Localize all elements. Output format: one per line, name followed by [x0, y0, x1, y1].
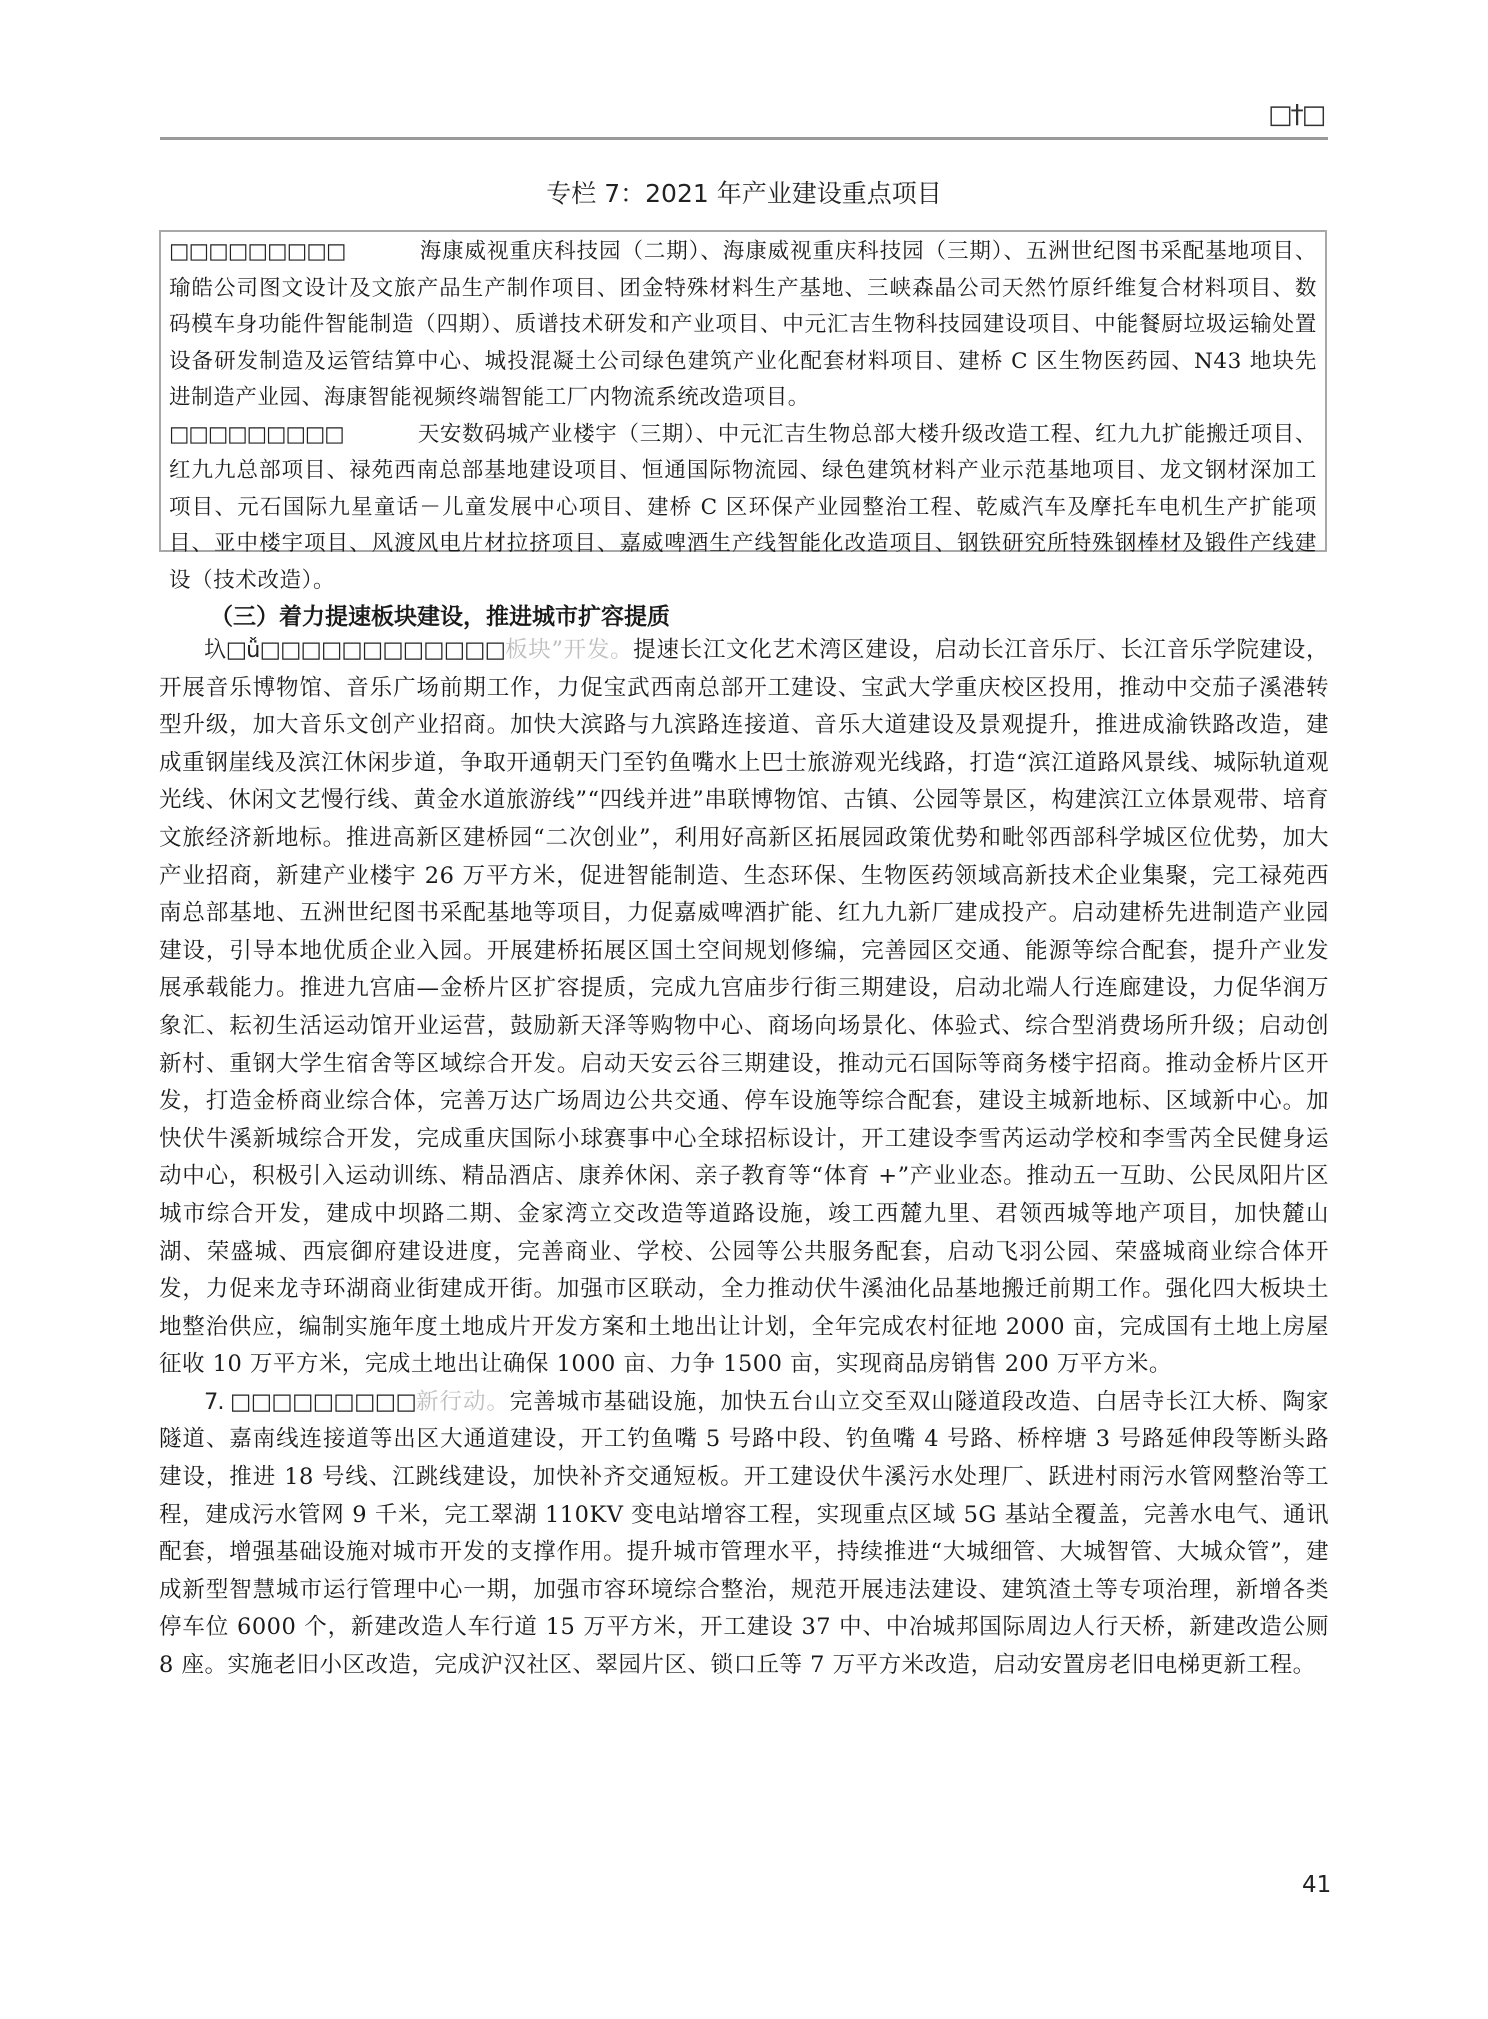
- header-mark: □†□: [1268, 100, 1324, 130]
- paragraph-2-text: 完善城市基础设施，加快五台山立交至双山隧道段改造、白居寺长江大桥、陶家隧道、嘉南…: [159, 1389, 1329, 1678]
- paragraph-1-lead-faded: 板块”开发。: [505, 637, 633, 663]
- paragraph-1: 圦□ǚ□□□□□□□□□□□□板块”开发。提速长江文化艺术湾区建设，启动长江音乐…: [159, 632, 1329, 1384]
- paragraph-1-text: 提速长江文化艺术湾区建设，启动长江音乐厅、长江音乐学院建设，开展音乐博物馆、音乐…: [159, 637, 1329, 1377]
- box-title: 专栏 7：2021 年产业建设重点项目: [0, 174, 1488, 210]
- paragraph-1-lead-glyphs: 圦□ǚ□□□□□□□□□□□□: [204, 637, 505, 663]
- paragraph-2-lead-glyphs: 7. □□□□□□□□□: [204, 1389, 416, 1415]
- header-divider: [160, 137, 1328, 140]
- paragraph-2-lead-faded: 新行动。: [416, 1389, 510, 1415]
- project-group-1: □□□□□□□□□海康威视重庆科技园（二期）、海康威视重庆科技园（三期）、五洲世…: [169, 234, 1317, 417]
- project-group-1-label: □□□□□□□□□: [169, 239, 346, 264]
- project-group-2-label: □□□□□□□□□: [169, 422, 344, 447]
- body-text: 圦□ǚ□□□□□□□□□□□□板块”开发。提速长江文化艺术湾区建设，启动长江音乐…: [159, 632, 1329, 1685]
- project-group-2-text: 天安数码城产业楼宇（三期）、中元汇吉生物总部大楼升级改造工程、红九九扩能搬迁项目…: [169, 422, 1317, 593]
- paragraph-2: 7. □□□□□□□□□新行动。完善城市基础设施，加快五台山立交至双山隧道段改造…: [159, 1384, 1329, 1685]
- section-heading: （三）着力提速板块建设，推进城市扩容提质: [210, 598, 670, 631]
- project-group-2: □□□□□□□□□天安数码城产业楼宇（三期）、中元汇吉生物总部大楼升级改造工程、…: [169, 417, 1317, 600]
- key-projects-box: □□□□□□□□□海康威视重庆科技园（二期）、海康威视重庆科技园（三期）、五洲世…: [159, 230, 1327, 552]
- project-group-1-text: 海康威视重庆科技园（二期）、海康威视重庆科技园（三期）、五洲世纪图书采配基地项目…: [169, 239, 1317, 410]
- page-number: 41: [1302, 1872, 1331, 1898]
